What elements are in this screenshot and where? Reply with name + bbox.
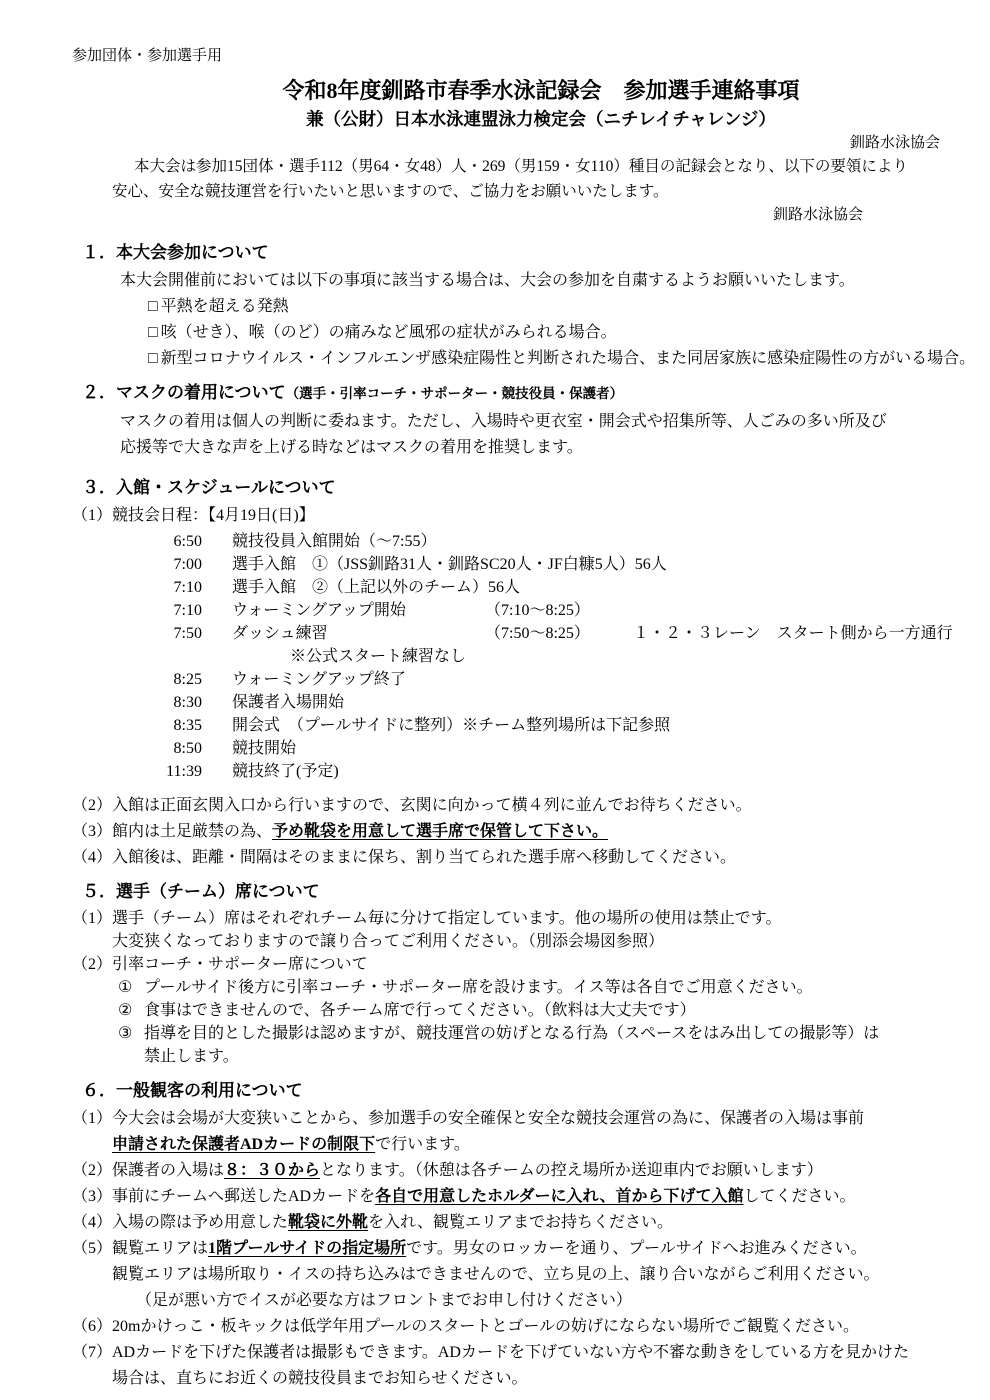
text-segment: 申請された保護者ADカードの制限下 <box>112 1136 375 1153</box>
text-segment: （足が悪い方でイスが必要な方はフロントまでお申し付けください） <box>136 1292 632 1309</box>
intro-paragraph: 本大会は参加15団体・選手112（男64・女48）人・269（男159・女110… <box>112 154 940 204</box>
item-line: 入場の際は予め用意した靴袋に外靴を入れ、観覧エリアまでお持ちください。 <box>112 1210 940 1236</box>
item-line: 保護者の入場は８：３０からとなります。（休憩は各チームの控え場所か送迎車内でお願… <box>112 1158 940 1184</box>
item-line: 観覧エリアは1階プールサイドの指定場所です。男女のロッカーを通り、プールサイドへ… <box>112 1236 940 1262</box>
schedule-time: 11:39 <box>130 760 202 783</box>
item-line: 今大会は会場が大変狭いことから、参加選手の安全確保と安全な競技会運営の為に、保護… <box>112 1106 940 1132</box>
item-content: 観覧エリアは1階プールサイドの指定場所です。男女のロッカーを通り、プールサイドへ… <box>112 1236 940 1314</box>
schedule-row: 7:10ウォーミングアップ開始（7:10～8:25） <box>130 599 940 622</box>
schedule-activity: 選手入館 ②（上記以外のチーム）56人 <box>232 579 520 596</box>
section-spectators: ６．一般観客の利用について（1）今大会は会場が大変狭いことから、参加選手の安全確… <box>72 1078 940 1392</box>
text-segment: 1階プールサイドの指定場所 <box>208 1240 406 1257</box>
item-line: 指導を目的とした撮影は認めますが、競技運営の妨げとなる行為（スペースをはみ出して… <box>144 1022 940 1045</box>
item-content: 選手（チーム）席はそれぞれチーム毎に分けて指定しています。他の場所の使用は禁止で… <box>112 907 940 953</box>
schedule-time: 7:10 <box>130 599 202 622</box>
list-item: （2）保護者の入場は８：３０からとなります。（休憩は各チームの控え場所か送迎車内… <box>72 1158 940 1184</box>
section-number: ２． <box>82 383 116 402</box>
text-segment: 場合は、直ちにお近くの競技役員までお知らせください。 <box>112 1370 528 1387</box>
document-title: 令和8年度釧路市春季水泳記録会 参加選手連絡事項 <box>72 76 940 106</box>
schedule: 6:50競技役員入館開始（～7:55）7:00選手入館 ①（JSS釧路31人・釧… <box>130 530 940 783</box>
association-name-bottom: 釧路水泳協会 <box>72 204 940 226</box>
item-content: 競技会日程：【4月19日(日)】 <box>112 503 940 529</box>
text-segment: で行います。 <box>375 1136 470 1153</box>
schedule-row: 8:25ウォーミングアップ終了 <box>130 668 940 691</box>
section-title: 一般観客の利用について <box>116 1081 303 1100</box>
paragraph: マスクの着用は個人の判断に委ねます。ただし、入場時や更衣室・開会式や招集所等、人… <box>120 409 940 435</box>
text-segment: 応援等で大きな声を上げる時などはマスクの着用を推奨します。 <box>120 439 583 456</box>
item-content: ADカードを下げた保護者は撮影もできます。ADカードを下げていない方や不審な動き… <box>112 1340 940 1392</box>
section-participation: １．本大会参加について本大会開催前においては以下の事項に該当する場合は、大会の参… <box>72 240 940 372</box>
corner-label: 参加団体・参加選手用 <box>72 46 940 66</box>
text-segment: 観覧エリアは場所取り・イスの持ち込みはできませんので、立ち見の上、譲り合いながら… <box>112 1266 880 1283</box>
text-segment: 入場の際は予め用意した <box>112 1214 288 1231</box>
schedule-time: 8:50 <box>130 737 202 760</box>
item-label: （2） <box>72 793 112 819</box>
schedule-row: 7:10選手入館 ②（上記以外のチーム）56人 <box>130 576 940 599</box>
intro-line-1: 本大会は参加15団体・選手112（男64・女48）人・269（男159・女110… <box>112 154 940 179</box>
list-item: （6）20mかけっこ・板キックは低学年用プールのスタートとゴールの妨げにならない… <box>72 1314 940 1340</box>
schedule-activity: ウォーミングアップ開始 <box>232 599 485 622</box>
document-subtitle: 兼（公財）日本水泳連盟泳力検定会（ニチレイチャレンジ） <box>72 106 940 132</box>
item-content: 指導を目的とした撮影は認めますが、競技運営の妨げとなる行為（スペースをはみ出して… <box>144 1022 940 1068</box>
item-content: プールサイド後方に引率コーチ・サポーター席を設けます。イス等は各自でご用意くださ… <box>144 976 940 999</box>
item-label: （3） <box>72 1184 112 1210</box>
schedule-row: 8:35開会式 （プールサイドに整列）※チーム整列場所は下記参照 <box>130 714 940 737</box>
schedule-activity: 競技役員入館開始（～7:55） <box>232 533 436 550</box>
checklist-text: 新型コロナウイルス・インフルエンザ感染症陽性と判断された場合、また同居家族に感染… <box>161 350 975 367</box>
section-number: ３． <box>82 478 116 497</box>
list-item: （7）ADカードを下げた保護者は撮影もできます。ADカードを下げていない方や不審… <box>72 1340 940 1392</box>
text-segment: 20mかけっこ・板キックは低学年用プールのスタートとゴールの妨げにならない場所で… <box>112 1318 859 1335</box>
item-line: 引率コーチ・サポーター席について <box>112 953 940 976</box>
section-number: ６． <box>82 1081 116 1100</box>
checklist-item: □咳（せき）、喉（のど）の痛みなど風邪の症状がみられる場合。 <box>148 320 940 346</box>
list-item: （1）今大会は会場が大変狭いことから、参加選手の安全確保と安全な競技会運営の為に… <box>72 1106 940 1158</box>
text-segment: 食事はできませんので、各チーム席で行ってください。（飲料は大丈夫です） <box>144 1002 696 1019</box>
text-segment: 予め靴袋を用意して選手席で保管して下さい。 <box>272 823 608 840</box>
item-content: 入館後は、距離・間隔はそのままに保ち、割り当てられた選手席へ移動してください。 <box>112 845 940 871</box>
sections: １．本大会参加について本大会開催前においては以下の事項に該当する場合は、大会の参… <box>72 240 940 1392</box>
text-segment: 大変狭くなっておりますので譲り合ってご利用ください。（別添会場図参照） <box>112 933 664 950</box>
schedule-row: 6:50競技役員入館開始（～7:55） <box>130 530 940 553</box>
checklist-item: □新型コロナウイルス・インフルエンザ感染症陽性と判断された場合、また同居家族に感… <box>148 346 940 372</box>
section-number: １． <box>82 243 116 262</box>
item-line: ADカードを下げた保護者は撮影もできます。ADカードを下げていない方や不審な動き… <box>112 1340 940 1366</box>
schedule-row: 7:50ダッシュ練習（7:50～8:25）１・２・３レーン スタート側から一方通… <box>130 622 940 645</box>
item-label: （5） <box>72 1236 112 1314</box>
checklist-text: 平熱を超える発熱 <box>161 298 289 315</box>
text-segment: ８：３０から <box>224 1162 320 1179</box>
section-title: マスクの着用について <box>116 383 286 402</box>
text-segment: してください。 <box>743 1188 855 1205</box>
schedule-time: 8:35 <box>130 714 202 737</box>
text-segment: 選手（チーム）席はそれぞれチーム毎に分けて指定しています。他の場所の使用は禁止で… <box>112 910 781 927</box>
text-segment: 靴袋に外靴 <box>288 1214 368 1231</box>
schedule-time: 7:10 <box>130 576 202 599</box>
schedule-row: 11:39競技終了(予定) <box>130 760 940 783</box>
section-heading: ３．入館・スケジュールについて <box>82 475 940 501</box>
item-content: 入場の際は予め用意した靴袋に外靴を入れ、観覧エリアまでお持ちください。 <box>112 1210 940 1236</box>
item-label: （1） <box>72 1106 112 1158</box>
section-title: 本大会参加について <box>116 243 269 262</box>
schedule-activity: ※公式スタート練習なし <box>290 648 466 665</box>
item-content: 20mかけっこ・板キックは低学年用プールのスタートとゴールの妨げにならない場所で… <box>112 1314 940 1340</box>
item-label: ① <box>118 976 144 999</box>
item-line: 事前にチームへ郵送したADカードを各自で用意したホルダーに入れ、首から下げて入館… <box>112 1184 940 1210</box>
text-segment: 指導を目的とした撮影は認めますが、競技運営の妨げとなる行為（スペースをはみ出して… <box>144 1025 879 1042</box>
schedule-activity: 競技開始 <box>232 740 296 757</box>
association-name-top: 釧路水泳協会 <box>72 132 940 154</box>
item-label: ③ <box>118 1022 144 1068</box>
list-item: （2）入館は正面玄関入口から行いますので、玄関に向かって横４列に並んでお待ちくだ… <box>72 793 940 819</box>
schedule-time: 7:00 <box>130 553 202 576</box>
checklist-item: □平熱を超える発熱 <box>148 294 940 320</box>
section-number: ５． <box>82 882 116 901</box>
schedule-note: （7:10～8:25） <box>485 599 633 622</box>
schedule-row: 8:30保護者入場開始 <box>130 691 940 714</box>
item-line: 観覧エリアは場所取り・イスの持ち込みはできませんので、立ち見の上、譲り合いながら… <box>112 1262 940 1288</box>
text-segment: 禁止します。 <box>144 1048 239 1065</box>
item-content: 入館は正面玄関入口から行いますので、玄関に向かって横４列に並んでお待ちください。 <box>112 793 940 819</box>
checkbox-icon: □ <box>148 350 158 367</box>
item-line: 大変狭くなっておりますので譲り合ってご利用ください。（別添会場図参照） <box>112 930 940 953</box>
item-content: 今大会は会場が大変狭いことから、参加選手の安全確保と安全な競技会運営の為に、保護… <box>112 1106 940 1158</box>
item-line: 場合は、直ちにお近くの競技役員までお知らせください。 <box>112 1366 940 1392</box>
item-line: 館内は土足厳禁の為、予め靴袋を用意して選手席で保管して下さい。 <box>112 819 940 845</box>
schedule-activity: ウォーミングアップ終了 <box>232 671 406 688</box>
item-content: 食事はできませんので、各チーム席で行ってください。（飲料は大丈夫です） <box>144 999 940 1022</box>
item-label: （1） <box>72 907 112 953</box>
item-line: 競技会日程：【4月19日(日)】 <box>112 503 940 529</box>
section-heading: ２．マスクの着用について（選手・引率コーチ・サポーター・競技役員・保護者） <box>82 380 940 407</box>
schedule-note: （7:50～8:25） <box>485 622 633 645</box>
text-segment: 入館は正面玄関入口から行いますので、玄関に向かって横４列に並んでお待ちください。 <box>112 797 752 814</box>
schedule-extra: １・２・３レーン スタート側から一方通行 <box>633 625 953 642</box>
item-label: （4） <box>72 1210 112 1236</box>
item-line: 入館後は、距離・間隔はそのままに保ち、割り当てられた選手席へ移動してください。 <box>112 845 940 871</box>
item-line: 食事はできませんので、各チーム席で行ってください。（飲料は大丈夫です） <box>144 999 940 1022</box>
item-line: プールサイド後方に引率コーチ・サポーター席を設けます。イス等は各自でご用意くださ… <box>144 976 940 999</box>
section-heading: １．本大会参加について <box>82 240 940 266</box>
checkbox-icon: □ <box>148 324 158 341</box>
item-label: （1） <box>72 503 112 529</box>
checklist-text: 咳（せき）、喉（のど）の痛みなど風邪の症状がみられる場合。 <box>161 324 617 341</box>
text-segment: 観覧エリアは <box>112 1240 208 1257</box>
intro-line-2: 安心、安全な競技運営を行いたいと思いますので、ご協力をお願いいたします。 <box>112 179 940 204</box>
item-line: 選手（チーム）席はそれぞれチーム毎に分けて指定しています。他の場所の使用は禁止で… <box>112 907 940 930</box>
item-content: 引率コーチ・サポーター席について <box>112 953 940 976</box>
section-heading: ６．一般観客の利用について <box>82 1078 940 1104</box>
list-item: （3）館内は土足厳禁の為、予め靴袋を用意して選手席で保管して下さい。 <box>72 819 940 845</box>
text-segment: 入館後は、距離・間隔はそのままに保ち、割り当てられた選手席へ移動してください。 <box>112 849 736 866</box>
list-item: （1）競技会日程：【4月19日(日)】 <box>72 503 940 529</box>
item-label: （6） <box>72 1314 112 1340</box>
schedule-activity: 保護者入場開始 <box>232 694 344 711</box>
text-segment: を入れ、観覧エリアまでお持ちください。 <box>368 1214 673 1231</box>
list-item: （4）入館後は、距離・間隔はそのままに保ち、割り当てられた選手席へ移動してくださ… <box>72 845 940 871</box>
list-item: ③指導を目的とした撮影は認めますが、競技運営の妨げとなる行為（スペースをはみ出し… <box>118 1022 940 1068</box>
list-item: （4）入場の際は予め用意した靴袋に外靴を入れ、観覧エリアまでお持ちください。 <box>72 1210 940 1236</box>
text-segment: 各自で用意したホルダーに入れ、首から下げて入館 <box>375 1188 743 1205</box>
list-item: （5）観覧エリアは1階プールサイドの指定場所です。男女のロッカーを通り、プールサ… <box>72 1236 940 1314</box>
text-segment: ADカードを下げた保護者は撮影もできます。ADカードを下げていない方や不審な動き… <box>112 1344 909 1361</box>
list-item: （3）事前にチームへ郵送したADカードを各自で用意したホルダーに入れ、首から下げ… <box>72 1184 940 1210</box>
text-segment: マスクの着用は個人の判断に委ねます。ただし、入場時や更衣室・開会式や招集所等、人… <box>120 413 887 430</box>
schedule-activity: 開会式 （プールサイドに整列）※チーム整列場所は下記参照 <box>232 717 670 734</box>
text-segment: となります。（休憩は各チームの控え場所か送迎車内でお願いします） <box>320 1162 823 1179</box>
schedule-time: 6:50 <box>130 530 202 553</box>
item-line: （足が悪い方でイスが必要な方はフロントまでお申し付けください） <box>112 1288 940 1314</box>
schedule-row: ※公式スタート練習なし <box>130 645 940 668</box>
text-segment: 保護者の入場は <box>112 1162 224 1179</box>
item-content: 館内は土足厳禁の為、予め靴袋を用意して選手席で保管して下さい。 <box>112 819 940 845</box>
item-label: （2） <box>72 1158 112 1184</box>
text-segment: 本大会開催前においては以下の事項に該当する場合は、大会の参加を自粛するようお願い… <box>120 272 855 289</box>
item-line: 入館は正面玄関入口から行いますので、玄関に向かって横４列に並んでお待ちください。 <box>112 793 940 819</box>
item-content: 事前にチームへ郵送したADカードを各自で用意したホルダーに入れ、首から下げて入館… <box>112 1184 940 1210</box>
item-label: ② <box>118 999 144 1022</box>
section-title: 入館・スケジュールについて <box>116 478 336 497</box>
schedule-row: 8:50競技開始 <box>130 737 940 760</box>
text-segment: です。男女のロッカーを通り、プールサイドへお進みください。 <box>406 1240 866 1257</box>
section-mask: ２．マスクの着用について（選手・引率コーチ・サポーター・競技役員・保護者）マスク… <box>72 380 940 461</box>
list-item: ①プールサイド後方に引率コーチ・サポーター席を設けます。イス等は各自でご用意くだ… <box>118 976 940 999</box>
paragraph: 応援等で大きな声を上げる時などはマスクの着用を推奨します。 <box>120 435 940 461</box>
item-line: 禁止します。 <box>144 1045 940 1068</box>
item-label: （7） <box>72 1340 112 1392</box>
section-title: 選手（チーム）席について <box>116 882 320 901</box>
text-segment: プールサイド後方に引率コーチ・サポーター席を設けます。イス等は各自でご用意くださ… <box>144 979 813 996</box>
section-team-seats: ５．選手（チーム）席について（1）選手（チーム）席はそれぞれチーム毎に分けて指定… <box>72 879 940 1068</box>
list-item: （2）引率コーチ・サポーター席について <box>72 953 940 976</box>
text-segment: 館内は土足厳禁の為、 <box>112 823 272 840</box>
document-page: 参加団体・参加選手用 令和8年度釧路市春季水泳記録会 参加選手連絡事項 兼（公財… <box>0 0 990 1400</box>
section-title-note: （選手・引率コーチ・サポーター・競技役員・保護者） <box>286 386 624 401</box>
paragraph: 本大会開催前においては以下の事項に該当する場合は、大会の参加を自粛するようお願い… <box>120 268 940 294</box>
checkbox-icon: □ <box>148 298 158 315</box>
item-label: （2） <box>72 953 112 976</box>
item-line: 申請された保護者ADカードの制限下で行います。 <box>112 1132 940 1158</box>
text-segment: 事前にチームへ郵送したADカードを <box>112 1188 375 1205</box>
section-entry-schedule: ３．入館・スケジュールについて（1）競技会日程：【4月19日(日)】6:50競技… <box>72 475 940 871</box>
text-segment: 競技会日程：【4月19日(日)】 <box>112 507 315 524</box>
schedule-activity: 競技終了(予定) <box>232 763 339 780</box>
list-item: ②食事はできませんので、各チーム席で行ってください。（飲料は大丈夫です） <box>118 999 940 1022</box>
item-label: （4） <box>72 845 112 871</box>
schedule-time: 8:25 <box>130 668 202 691</box>
list-item: （1）選手（チーム）席はそれぞれチーム毎に分けて指定しています。他の場所の使用は… <box>72 907 940 953</box>
schedule-activity: 選手入館 ①（JSS釧路31人・釧路SC20人・JF白糠5人）56人 <box>232 556 667 573</box>
section-heading: ５．選手（チーム）席について <box>82 879 940 905</box>
schedule-time: 7:50 <box>130 622 202 645</box>
item-label: （3） <box>72 819 112 845</box>
text-segment: 今大会は会場が大変狭いことから、参加選手の安全確保と安全な競技会運営の為に、保護… <box>112 1110 864 1127</box>
text-segment: 引率コーチ・サポーター席について <box>112 956 368 973</box>
item-content: 保護者の入場は８：３０からとなります。（休憩は各チームの控え場所か送迎車内でお願… <box>112 1158 940 1184</box>
schedule-row: 7:00選手入館 ①（JSS釧路31人・釧路SC20人・JF白糠5人）56人 <box>130 553 940 576</box>
schedule-activity: ダッシュ練習 <box>232 622 485 645</box>
item-line: 20mかけっこ・板キックは低学年用プールのスタートとゴールの妨げにならない場所で… <box>112 1314 940 1340</box>
schedule-time: 8:30 <box>130 691 202 714</box>
